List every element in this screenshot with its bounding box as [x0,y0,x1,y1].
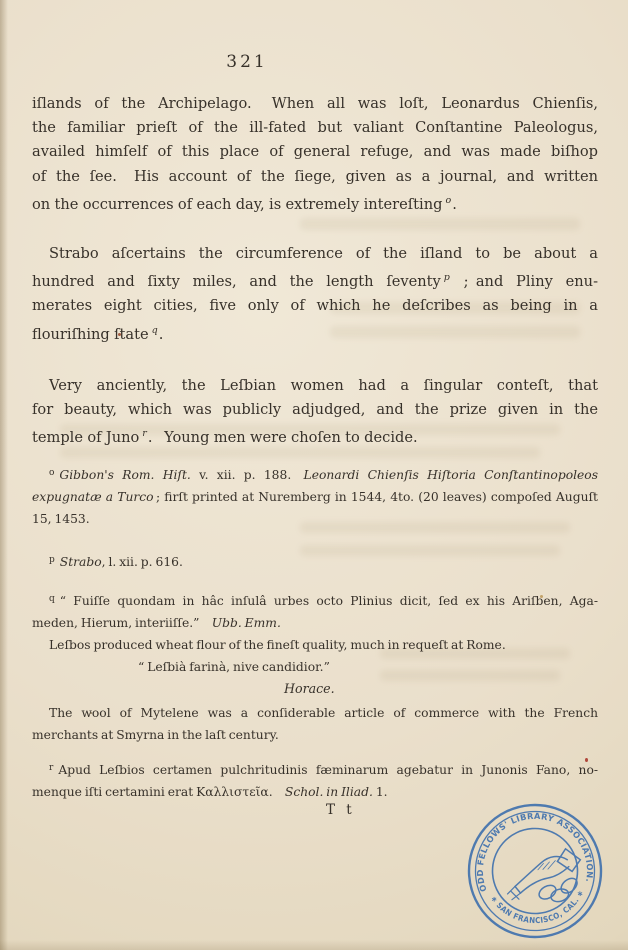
text-line: merchants at Smyrna in the laſt century. [32,725,598,747]
text-segment: temple of Juno [32,429,139,446]
text-segment: Apud Leſbios certamen pulchritudinis fæm… [58,763,598,777]
text-segment: . [452,196,457,213]
text-segment: on the occurrences of each day, is extre… [32,196,442,213]
quote-line: “ Leſbià farinà, nive candidior.” [32,657,598,679]
quote-attribution: Horace. [32,678,598,700]
footnote-q: q“ Fuiſſe quondam in hâc inſulâ urbes oc… [32,589,598,635]
text-line: The wool of Mytelene was a conſiderable … [32,703,598,725]
text-line: hundred and ſixty miles, and the length … [32,266,598,294]
text-segment: hundred and ſixty miles, and the length … [32,273,441,290]
footnotes-block: oGibbon's Rom. Hiſt. v. xii. p. 188. Leo… [32,463,598,822]
text-line: iſlands of the Archipelago. When all was… [32,92,598,116]
text-line: Leſbos produced wheat flour of the fineſ… [32,635,598,657]
text-segment: v. xii. p. 188. [191,468,304,482]
stamp-arc-bottom-label: ∗ SAN FRANCISCO, CAL. ∗ [488,888,587,928]
text-segment: flouriſhing ſtate [32,326,149,343]
text-line: pStrabo, l. xii. p. 616. [32,550,598,574]
text-segment: “ Fuiſſe quondam in hâc inſulâ urbes oct… [60,594,598,608]
paragraph-strabo: Strabo aſcertains the circumference of t… [32,242,598,347]
text-line: 15, 1453. [32,509,598,531]
text-segment: ; and Pliny enu- [451,273,598,290]
text-line: oGibbon's Rom. Hiſt. v. xii. p. 188. Leo… [32,463,598,487]
stamp-inner-ring [490,826,581,917]
text-segment: . [159,326,164,343]
text-segment: ; firſt printed at Nuremberg in 1544, 4t… [154,490,598,504]
footnote-p: pStrabo, l. xii. p. 616. [32,550,598,574]
text-segment: meden, Hierum, interiiſſe.” [32,616,212,630]
text-line: the familiar prieſt of the ill-fated but… [32,116,598,140]
library-stamp: ODD FELLOWS' LIBRARY ASSOCIATION. ∗ SAN … [459,795,611,947]
book-page: 321 iſlands of the Archipelago. When all… [0,0,628,950]
stamp-middle-ring [471,807,598,934]
footnote-ref-p: p [444,272,450,283]
footnote-marker-r: r [49,763,53,773]
footnote-ref-o: o [445,195,451,206]
text-segment: Schol. in Iliad. [285,785,373,799]
text-segment: menque iſti certamini erat Καλλιστεῖα. [32,785,285,799]
paragraph-archipelago: iſlands of the Archipelago. When all was… [32,92,598,217]
footnote-marker-q: q [49,594,55,604]
text-line: meden, Hierum, interiiſſe.” Ubb. Emm. [32,613,598,635]
text-segment: Strabo [60,555,102,569]
text-segment: expugnatæ a Turco [32,490,154,504]
text-segment: Ubb. Emm. [212,616,281,630]
note-wool-commerce: The wool of Mytelene was a conſiderable … [32,703,598,747]
note-lesbos-wheat: Leſbos produced wheat flour of the fineſ… [32,635,598,657]
text-line: Strabo aſcertains the circumference of t… [32,242,598,266]
text-line: q“ Fuiſſe quondam in hâc inſulâ urbes oc… [32,589,598,613]
text-line: merates eight cities, five only of which… [32,294,598,318]
text-line: on the occurrences of each day, is extre… [32,189,598,217]
page-left-edge-shadow [0,0,8,950]
stamp-arc-bottom-text: ∗ SAN FRANCISCO, CAL. ∗ [488,888,587,928]
text-segment: , l. xii. p. 616. [102,555,183,569]
paragraph-lesbian-contest: Very anciently, the Leſbian women had a … [32,374,598,451]
text-line: flouriſhing ſtateq. [32,319,598,347]
main-text-block: iſlands of the Archipelago. When all was… [32,92,598,450]
latin-quotation: “ Leſbià farinà, nive candidior.” Horace… [32,657,598,701]
text-segment: . Young men were choſen to decide. [148,429,418,446]
text-line: availed himſelf of this place of general… [32,140,598,164]
footnote-ref-q: q [152,325,158,336]
footnote-marker-p: p [49,555,55,565]
text-line: temple of Junor. Young men were choſen t… [32,422,598,450]
library-stamp-graphic: ODD FELLOWS' LIBRARY ASSOCIATION. ∗ SAN … [459,795,611,947]
text-line: rApud Leſbios certamen pulchritudinis fæ… [32,758,598,782]
text-segment: Leonardi Chienſis Hiſtoria Conſtantinopo… [304,468,598,482]
footnote-r: rApud Leſbios certamen pulchritudinis fæ… [32,758,598,804]
text-line: of the ſee. His account of the ſiege, gi… [32,165,598,189]
text-segment: 1. [373,785,388,799]
text-line: Very anciently, the Leſbian women had a … [32,374,598,398]
text-segment: Gibbon's Rom. Hiſt. [59,468,190,482]
footnote-o: oGibbon's Rom. Hiſt. v. xii. p. 188. Leo… [32,463,598,530]
text-line: for beauty, which was publicly adjudged,… [32,398,598,422]
page-number: 321 [187,52,307,72]
footnote-ref-r: r [142,428,147,439]
footnote-marker-o: o [49,468,54,478]
text-line: expugnatæ a Turco ; firſt printed at Nur… [32,487,598,509]
